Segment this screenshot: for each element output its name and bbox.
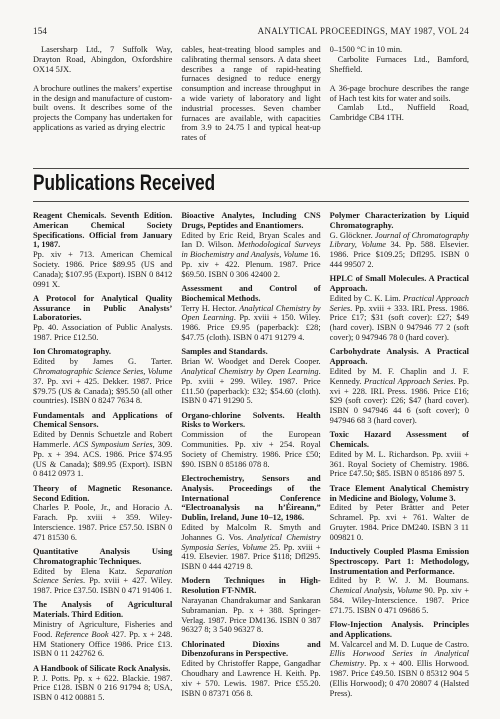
publication-title: A Handbook of Silicate Rock Analysis. [33, 664, 172, 674]
text-segment: Edited by Christoffer Rappe, Gangadhar C… [181, 659, 320, 697]
publication-title: Fundamentals and Applications of Chemica… [33, 411, 172, 431]
journal-header: ANALYTICAL PROCEEDINGS, MAY 1987, VOL 24 [258, 26, 469, 36]
publication-title: Organo-chlorine Solvents. Health Risks t… [181, 411, 320, 431]
publication-details: Edited by C. K. Lim. Practical Approach … [330, 294, 469, 343]
publications-column-3: Polymer Characterization by Liquid Chrom… [330, 211, 469, 707]
text-segment: Chromatographic Science Series, Volume [33, 367, 172, 376]
publication-title: Theory of Magnetic Resonance. Second Edi… [33, 484, 172, 504]
text-segment: M. Valcarcel and M. D. Luque de Castro. [330, 640, 469, 649]
text-segment: Practical Approach Series [364, 377, 453, 386]
publication-entry: Organo-chlorine Solvents. Health Risks t… [181, 411, 320, 470]
text-segment: Chemical Analysis, Volume [330, 586, 422, 595]
publication-entry: Quantitative Analysis Using Chromatograp… [33, 547, 172, 596]
section-divider-bottom [33, 201, 469, 202]
publication-entry: Fundamentals and Applications of Chemica… [33, 411, 172, 480]
news-paragraph: Camlab Ltd., Nuffield Road, Cambridge CB… [330, 103, 469, 123]
text-segment: Commission of the European Communities. … [181, 430, 320, 468]
text-segment: Pp. xiv + 713. American Chemical Society… [33, 250, 172, 288]
news-column-2: cables, heat-treating blood samples and … [181, 45, 320, 143]
news-paragraph: Carbolite Furnaces Ltd., Bamford, Sheffi… [330, 55, 469, 75]
publication-entry: Assessment and Control of Biochemical Me… [181, 284, 320, 343]
publication-details: Pp. 40. Association of Public Analysts. … [33, 323, 172, 343]
news-paragraph: A brochure outlines the makers’ expertis… [33, 84, 172, 133]
publication-entry: Flow-Injection Analysis. Principles and … [330, 620, 469, 698]
publication-entry: Modern Techniques in High-Resolution FT-… [181, 576, 320, 635]
publication-title: Carbohydrate Analysis. A Practical Appro… [330, 347, 469, 367]
publication-title: Trace Element Analytical Chemistry in Me… [330, 484, 469, 504]
text-segment: 37. Pp. xvi + 425. Dekker. 1987. Price $… [33, 377, 172, 406]
publication-details: M. Valcarcel and M. D. Luque de Castro. … [330, 640, 469, 699]
text-segment: Charles P. Poole, Jr., and Horacio A. Fa… [33, 503, 172, 541]
publication-title: A Protocol for Analytical Quality Assura… [33, 294, 172, 323]
publication-entry: A Handbook of Silicate Rock Analysis.P. … [33, 664, 172, 703]
publication-title: Modern Techniques in High-Resolution FT-… [181, 576, 320, 596]
publication-details: Commission of the European Communities. … [181, 430, 320, 469]
publication-details: Edited by Eric Reid, Bryan Scales and Ia… [181, 231, 320, 280]
publication-title: Flow-Injection Analysis. Principles and … [330, 620, 469, 640]
publications-section: Reagent Chemicals. Seventh Edition. Amer… [33, 211, 469, 707]
text-segment: ACS Symposium Series [73, 440, 152, 449]
publication-details: Pp. xiv + 713. American Chemical Society… [33, 250, 172, 289]
publication-details: Edited by P. W. J. M. Boumans. Chemical … [330, 576, 469, 615]
text-segment: Terry H. Hector. [181, 304, 239, 313]
publications-column-2: Bioactive Analytes, Including CNS Drugs,… [181, 211, 320, 707]
text-segment: Reference Book [55, 630, 108, 639]
publication-details: Edited by M. L. Richardson. Pp. xviii + … [330, 450, 469, 479]
page-header: 154 ANALYTICAL PROCEEDINGS, MAY 1987, VO… [33, 26, 469, 36]
publication-title: Toxic Hazard Assessment of Chemicals. [330, 430, 469, 450]
section-heading: Publications Received [33, 171, 215, 195]
publication-details: Edited by Dennis Schuetzle and Robert Ha… [33, 430, 172, 479]
publication-entry: A Protocol for Analytical Quality Assura… [33, 294, 172, 343]
text-segment: Edited by Peter Brätter and Peter Schram… [330, 503, 469, 541]
news-section: Lasersharp Ltd., 7 Suffolk Way, Drayton … [33, 45, 469, 143]
publication-entry: The Analysis of Agricultural Materials. … [33, 600, 172, 659]
text-segment: Narayanan Chandrakumar and Sankaran Subr… [181, 596, 320, 634]
publication-title: Inductively Coupled Plasma Emission Spec… [330, 547, 469, 576]
publication-entry: Bioactive Analytes, Including CNS Drugs,… [181, 211, 320, 280]
publication-title: Reagent Chemicals. Seventh Edition. Amer… [33, 211, 172, 250]
text-segment: Brian W. Woodget and Derek Cooper. [181, 357, 320, 366]
news-paragraph: A 36-page brochure describes the range o… [330, 84, 469, 104]
text-segment: Edited by James G. Tarter. [33, 357, 172, 366]
publication-entry: Samples and Standards.Brian W. Woodget a… [181, 347, 320, 406]
publication-title: Assessment and Control of Biochemical Me… [181, 284, 320, 304]
news-column-3: 0–1500 °C in 10 min.Carbolite Furnaces L… [330, 45, 469, 143]
publication-entry: Inductively Coupled Plasma Emission Spec… [330, 547, 469, 616]
publication-title: Chlorinated Dioxins and Dibenzofurans in… [181, 640, 320, 660]
publication-title: Bioactive Analytes, Including CNS Drugs,… [181, 211, 320, 231]
publication-details: Brian W. Woodget and Derek Cooper. Analy… [181, 357, 320, 406]
publication-details: Edited by James G. Tarter. Chromatograph… [33, 357, 172, 406]
publication-entry: Chlorinated Dioxins and Dibenzofurans in… [181, 640, 320, 699]
news-paragraph: Lasersharp Ltd., 7 Suffolk Way, Drayton … [33, 45, 172, 74]
publication-entry: Toxic Hazard Assessment of Chemicals.Edi… [330, 430, 469, 479]
text-segment: Analytical Chemistry by Open Learning [181, 367, 318, 376]
news-column-1: Lasersharp Ltd., 7 Suffolk Way, Drayton … [33, 45, 172, 143]
text-segment: Edited by Elena Katz. [33, 567, 136, 576]
publication-details: Ministry of Agriculture, Fisheries and F… [33, 620, 172, 659]
news-paragraph: 0–1500 °C in 10 min. [330, 45, 469, 55]
publication-details: G. Glöckner. Journal of Chromatography L… [330, 231, 469, 270]
text-segment: . Pp. xviii + 333. IRL Press. 1986. Pric… [330, 304, 469, 342]
section-divider-top [33, 168, 469, 169]
publication-details: Narayanan Chandrakumar and Sankaran Subr… [181, 596, 320, 635]
publication-entry: Electrochemistry, Sensors and Analysis. … [181, 474, 320, 572]
publication-title: Electrochemistry, Sensors and Analysis. … [181, 474, 320, 523]
publication-entry: Carbohydrate Analysis. A Practical Appro… [330, 347, 469, 425]
publication-entry: Polymer Characterization by Liquid Chrom… [330, 211, 469, 270]
publication-details: Edited by M. F. Chaplin and J. F. Kenned… [330, 367, 469, 426]
publication-details: Charles P. Poole, Jr., and Horacio A. Fa… [33, 503, 172, 542]
publication-details: P. J. Potts. Pp. x + 622. Blackie. 1987.… [33, 674, 172, 703]
publication-entry: Reagent Chemicals. Seventh Edition. Amer… [33, 211, 172, 289]
text-segment: Edited by C. K. Lim. [330, 294, 403, 303]
publication-title: Samples and Standards. [181, 347, 320, 357]
publication-details: Edited by Peter Brätter and Peter Schram… [330, 503, 469, 542]
publication-title: Ion Chromatography. [33, 347, 172, 357]
text-segment: G. Glöckner. [330, 231, 375, 240]
text-segment: Edited by P. W. J. M. Boumans. [330, 576, 469, 585]
publication-title: Quantitative Analysis Using Chromatograp… [33, 547, 172, 567]
page-number: 154 [33, 26, 47, 36]
text-segment: Edited by M. L. Richardson. Pp. xviii + … [330, 450, 469, 479]
publication-entry: Trace Element Analytical Chemistry in Me… [330, 484, 469, 543]
publication-entry: Theory of Magnetic Resonance. Second Edi… [33, 484, 172, 543]
publication-details: Edited by Elena Katz. Separation Science… [33, 567, 172, 596]
publication-title: The Analysis of Agricultural Materials. … [33, 600, 172, 620]
publication-title: HPLC of Small Molecules. A Practical App… [330, 274, 469, 294]
publication-details: Terry H. Hector. Analytical Chemistry by… [181, 304, 320, 343]
news-paragraph: cables, heat-treating blood samples and … [181, 45, 320, 143]
publications-column-1: Reagent Chemicals. Seventh Edition. Amer… [33, 211, 172, 707]
publication-title: Polymer Characterization by Liquid Chrom… [330, 211, 469, 231]
publication-details: Edited by Christoffer Rappe, Gangadhar C… [181, 659, 320, 698]
text-segment: Pp. 40. Association of Public Analysts. … [33, 323, 172, 342]
publication-details: Edited by Malcolm R. Smyth and Johannes … [181, 523, 320, 572]
publication-entry: HPLC of Small Molecules. A Practical App… [330, 274, 469, 343]
text-segment: P. J. Potts. Pp. x + 622. Blackie. 1987.… [33, 674, 172, 703]
journal-page: 154 ANALYTICAL PROCEEDINGS, MAY 1987, VO… [0, 0, 500, 719]
publication-entry: Ion Chromatography.Edited by James G. Ta… [33, 347, 172, 406]
